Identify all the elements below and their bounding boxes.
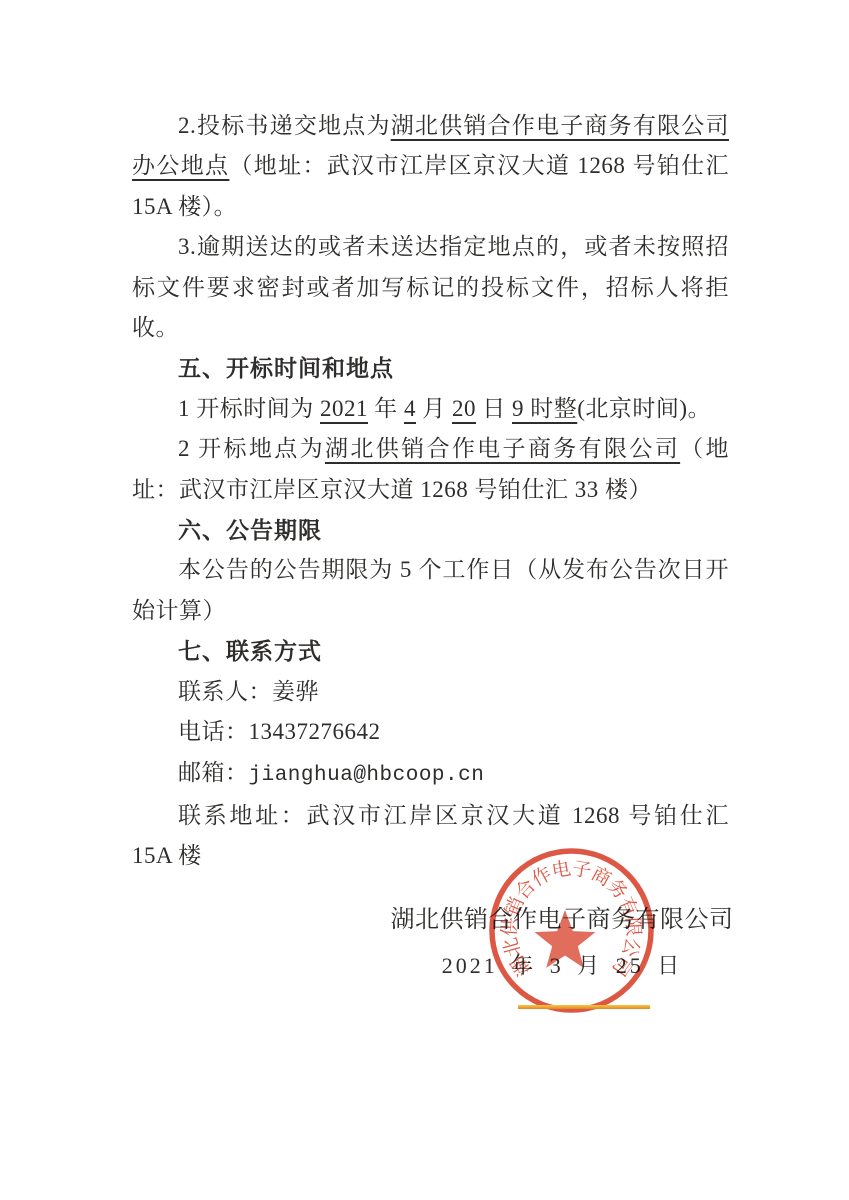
text-segment: 2 开标地点为: [178, 436, 325, 461]
text-segment: 2.投标书递交地点为: [178, 113, 391, 138]
text-segment: 本公告的公告期限为 5 个工作日（从发布公告次日开始计算）: [132, 557, 729, 622]
text-segment: 月: [416, 396, 452, 421]
seal-ring-char: 电: [550, 857, 572, 882]
text-segment: 七、联系方式: [178, 638, 322, 664]
paragraph: 邮箱：jianghua@hbcoop.cn: [132, 753, 729, 796]
accent-underline-artifact: [518, 1005, 650, 1009]
text-segment: (北京时间)。: [577, 396, 711, 421]
paragraph: 联系人：姜骅: [132, 672, 729, 712]
document-page: 2.投标书递交地点为湖北供销合作电子商务有限公司办公地点（地址：武汉市江岸区京汉…: [0, 0, 849, 1200]
text-segment: 20: [452, 396, 476, 421]
paragraph: 1 开标时间为 2021 年 4 月 20 日 9 时整(北京时间)。: [132, 389, 729, 429]
text-segment: 日: [476, 396, 512, 421]
section-heading: 五、开标时间和地点: [132, 348, 729, 388]
text-segment: 2021: [320, 396, 368, 421]
paragraph: 3.逾期送达的或者未送达指定地点的，或者未按照招标文件要求密封或者加写标记的投标…: [132, 227, 729, 348]
text-segment: 9 时整: [512, 396, 577, 421]
section-heading: 七、联系方式: [132, 631, 729, 671]
paragraph: 2 开标地点为湖北供销合作电子商务有限公司（地址：武汉市江岸区京汉大道 1268…: [132, 429, 729, 510]
text-segment: 4: [404, 396, 416, 421]
section-heading: 六、公告期限: [132, 510, 729, 550]
text-segment: 五、开标时间和地点: [178, 355, 394, 381]
text-segment: 联系人：姜骅: [178, 679, 319, 704]
paragraph: 电话：13437276642: [132, 712, 729, 752]
text-segment: 电话：13437276642: [178, 719, 381, 744]
seal-ring-char: 限: [621, 917, 644, 937]
text-segment: 湖北供销合作电子商务有限公司: [325, 436, 680, 461]
company-seal-stamp: 湖北供销合作电子商务有限公司: [488, 847, 655, 1014]
paragraph: 本公告的公告期限为 5 个工作日（从发布公告次日开始计算）: [132, 550, 729, 631]
text-segment: 1 开标时间为: [178, 396, 320, 421]
text-segment: 年: [368, 396, 404, 421]
seal-ring-text: 湖北供销合作电子商务有限公司: [499, 857, 645, 979]
paragraph: 2.投标书递交地点为湖北供销合作电子商务有限公司办公地点（地址：武汉市江岸区京汉…: [132, 106, 729, 227]
text-segment: jianghua@hbcoop.cn: [249, 764, 485, 787]
text-segment: 六、公告期限: [178, 517, 322, 543]
text-segment: 邮箱：: [178, 760, 249, 785]
text-segment: 3.逾期送达的或者未送达指定地点的，或者未按照招标文件要求密封或者加写标记的投标…: [132, 234, 729, 340]
star-icon: [535, 910, 596, 968]
document-body: 2.投标书递交地点为湖北供销合作电子商务有限公司办公地点（地址：武汉市江岸区京汉…: [132, 106, 729, 877]
